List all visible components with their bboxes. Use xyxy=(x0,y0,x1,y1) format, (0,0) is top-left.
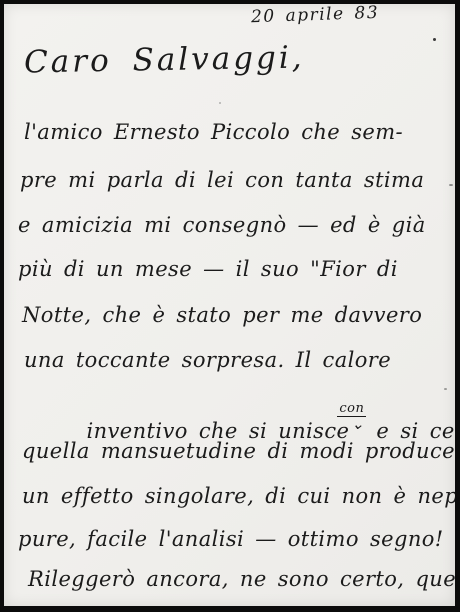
scan-speck xyxy=(433,38,436,41)
body-line-2: pre mi parla di lei con tanta stima xyxy=(20,168,424,192)
scan-speck xyxy=(219,102,221,104)
body-line-3: e amicizia mi consegnò — ed è già xyxy=(18,213,426,237)
scan-speck xyxy=(444,388,447,390)
letter-salutation: Caro Salvaggi, xyxy=(24,40,305,81)
body-line-4: più di un mese — il suo "Fior di xyxy=(18,257,398,281)
scanned-letter: 20 aprile 83 Caro Salvaggi, l'amico Erne… xyxy=(0,0,460,612)
letter-page: 20 aprile 83 Caro Salvaggi, l'amico Erne… xyxy=(4,4,455,606)
body-line-1: l'amico Ernesto Piccolo che sem- xyxy=(24,120,403,144)
letter-date: 20 aprile 83 xyxy=(251,4,380,27)
body-line-6: una toccante sorpresa. Il calore xyxy=(24,348,391,372)
body-line-5: Notte, che è stato per me davvero xyxy=(22,303,422,327)
scan-speck xyxy=(449,184,453,186)
body-line-8: quella mansuetudine di modi produce xyxy=(22,439,455,463)
insertion-annotation: con⌄ xyxy=(349,418,365,438)
body-line-10: pure, facile l'analisi — ottimo segno! xyxy=(18,527,444,551)
body-line-9: un effetto singolare, di cui non è nep- xyxy=(22,484,455,508)
insertion-caret-icon: ⌄ xyxy=(351,415,364,433)
body-line-11: Rileggerò ancora, ne sono certo, questa xyxy=(28,567,455,591)
